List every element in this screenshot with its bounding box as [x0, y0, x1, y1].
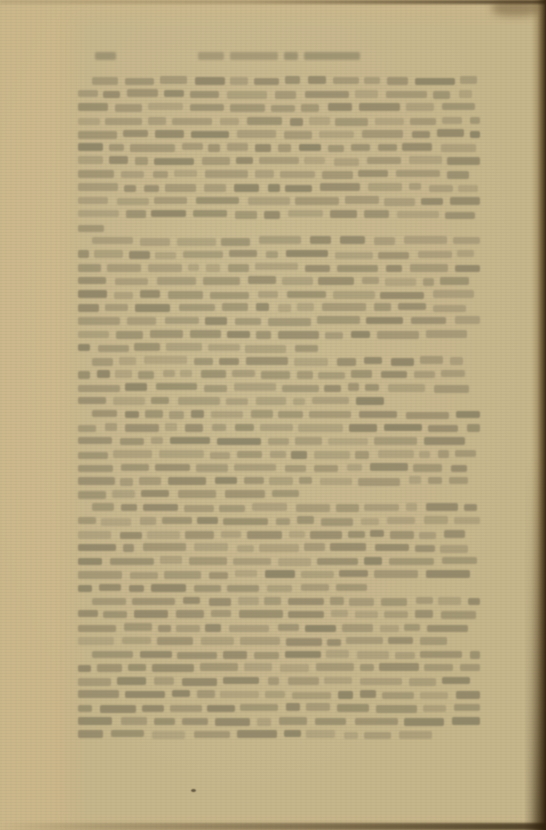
- text-line: [78, 702, 480, 715]
- text-line: [78, 302, 480, 315]
- text-line: [78, 168, 480, 181]
- paragraph: [78, 235, 480, 355]
- text-line: [78, 662, 480, 675]
- text-line: [78, 289, 480, 302]
- paragraph: [78, 502, 480, 595]
- text-line: [78, 502, 480, 515]
- text-line: [78, 329, 480, 342]
- scanned-page: [0, 0, 546, 830]
- text-line: [78, 609, 480, 622]
- paragraph: [78, 409, 480, 502]
- page-edge-shadow-top: [0, 0, 546, 4]
- text-line: [78, 235, 480, 248]
- text-line: [78, 355, 480, 368]
- text-line: [78, 262, 480, 275]
- text-line: [78, 449, 480, 462]
- text-line: [78, 542, 480, 555]
- text-line: [78, 475, 480, 488]
- text-line: [78, 489, 480, 502]
- page-header: [78, 49, 480, 64]
- text-line: [78, 342, 480, 355]
- paragraph: [78, 595, 480, 648]
- text-line: [78, 422, 480, 435]
- text-line: [78, 248, 480, 261]
- paragraph: [78, 75, 480, 235]
- text-line: [78, 182, 480, 195]
- text-line: [78, 395, 480, 408]
- text-line: [78, 555, 480, 568]
- text-line: [78, 369, 480, 382]
- text-line: [78, 275, 480, 288]
- page-corner-shadow: [492, 0, 540, 16]
- text-line: [78, 529, 480, 542]
- text-line: [78, 222, 480, 235]
- text-block: [78, 75, 480, 742]
- text-line: [78, 635, 480, 648]
- text-line: [78, 142, 480, 155]
- text-line: [78, 689, 480, 702]
- text-line: [78, 409, 480, 422]
- text-line: [78, 88, 480, 101]
- running-title-smudge: [78, 52, 480, 60]
- dust-speck: [191, 789, 196, 792]
- text-line: [78, 716, 480, 729]
- text-line: [78, 102, 480, 115]
- text-line: [78, 515, 480, 528]
- paragraph: [78, 355, 480, 408]
- text-line: [78, 675, 480, 688]
- text-line: [78, 435, 480, 448]
- text-line: [78, 729, 480, 742]
- text-line: [78, 128, 480, 141]
- text-line: [78, 208, 480, 221]
- text-line: [78, 382, 480, 395]
- text-line: [78, 195, 480, 208]
- text-line: [78, 649, 480, 662]
- text-line: [78, 582, 480, 595]
- text-line: [78, 462, 480, 475]
- text-line: [78, 569, 480, 582]
- text-line: [78, 75, 480, 88]
- text-line: [78, 595, 480, 608]
- page-edge-shadow-bottom: [0, 823, 546, 830]
- paragraph: [78, 649, 480, 742]
- page-edge-shadow-right-lower: [524, 0, 546, 830]
- text-line: [78, 315, 480, 328]
- text-line: [78, 115, 480, 128]
- text-line: [78, 622, 480, 635]
- text-line: [78, 155, 480, 168]
